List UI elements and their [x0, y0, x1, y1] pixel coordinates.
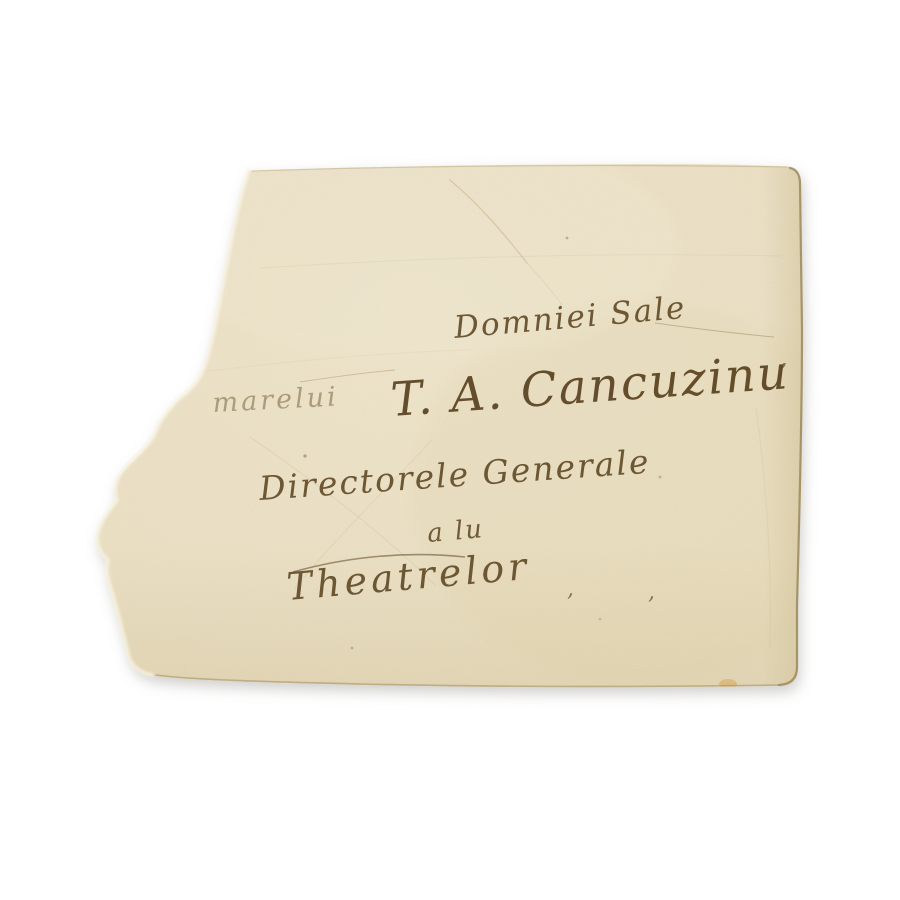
apostrophe-mark: ’ [779, 359, 787, 389]
handwriting-line-5: a lu [426, 514, 485, 549]
photo-background: Domniei Sale marelui T. A. Cancuzinu ’ D… [0, 0, 900, 900]
handwriting-line-2-faint: marelui [212, 381, 340, 419]
envelope-photo: Domniei Sale marelui T. A. Cancuzinu ’ D… [0, 0, 900, 900]
